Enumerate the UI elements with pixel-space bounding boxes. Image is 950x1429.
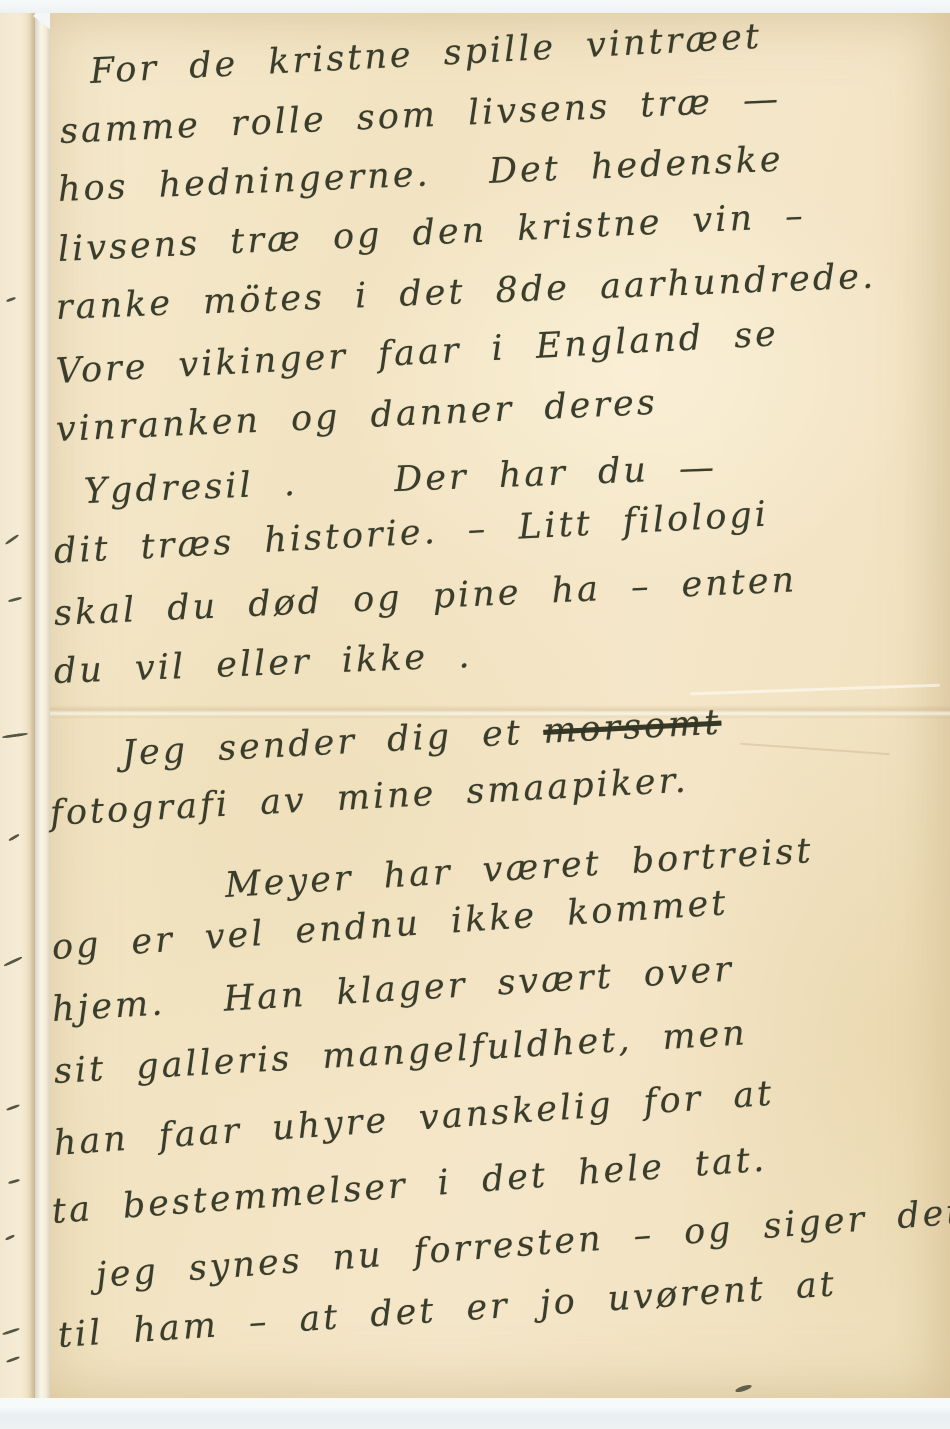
line-text: Vore vikinger faar i England se — [55, 314, 780, 392]
line-text: hjem. Han klager svært over — [51, 950, 735, 1030]
handwritten-line: skal du død og pine ha – enten — [53, 560, 798, 634]
handwritten-line: samme rolle som livsens træ — — [59, 79, 782, 152]
edge-ink-fragment — [2, 732, 28, 739]
adjacent-page-edge — [0, 10, 35, 1406]
line-text: livsens træ og den kristne vin – — [57, 196, 806, 270]
line-text: samme rolle som livsens træ — — [59, 79, 782, 152]
handwritten-line: Vore vikinger faar i England se — [55, 314, 780, 392]
handwritten-line: hos hedningerne. Det hedenske — [57, 140, 784, 210]
edge-ink-fragment — [6, 1356, 20, 1364]
line-text: skal du død og pine ha – enten — [53, 560, 798, 634]
letter-scan: For de kristne spille vintræet samme rol… — [0, 0, 950, 1429]
handwritten-line: sit galleris mangelfuldhet, men — [53, 1013, 749, 1092]
edge-ink-fragment — [6, 296, 16, 302]
edge-ink-fragment — [2, 1327, 20, 1335]
line-text: sit galleris mangelfuldhet, men — [53, 1013, 749, 1092]
edge-ink-fragment — [3, 956, 22, 967]
line-text: du vil eller ikke . — [53, 636, 473, 692]
letter-page: For de kristne spille vintræet samme rol… — [50, 12, 950, 1398]
scan-background-bottom — [0, 1398, 950, 1429]
edge-ink-fragment — [6, 1104, 20, 1112]
edge-ink-fragment — [8, 833, 20, 842]
line-text: vinranken og danner deres — [55, 383, 658, 450]
scan-background-top — [0, 0, 950, 13]
handwritten-line: hjem. Han klager svært over — [51, 950, 735, 1030]
paper-wrinkle — [690, 684, 940, 696]
line-text: hos hedningerne. Det hedenske — [57, 140, 784, 210]
edge-ink-fragment — [8, 596, 22, 603]
line-text: For de kristne spille vintræet — [89, 17, 763, 92]
edge-ink-fragment — [5, 534, 20, 546]
handwritten-line: du vil eller ikke . — [53, 636, 473, 692]
edge-ink-fragment — [5, 1234, 15, 1241]
handwritten-line: vinranken og danner deres — [55, 383, 658, 450]
handwritten-line: For de kristne spille vintræet — [89, 17, 763, 92]
line-text: Jeg sender dig et — [121, 712, 544, 774]
handwritten-line: livsens træ og den kristne vin – — [57, 196, 806, 270]
struck-word: morsomt — [542, 703, 722, 752]
paper-wrinkle — [740, 743, 890, 755]
edge-ink-fragment — [8, 1178, 20, 1184]
ink-smudge — [735, 1383, 753, 1393]
